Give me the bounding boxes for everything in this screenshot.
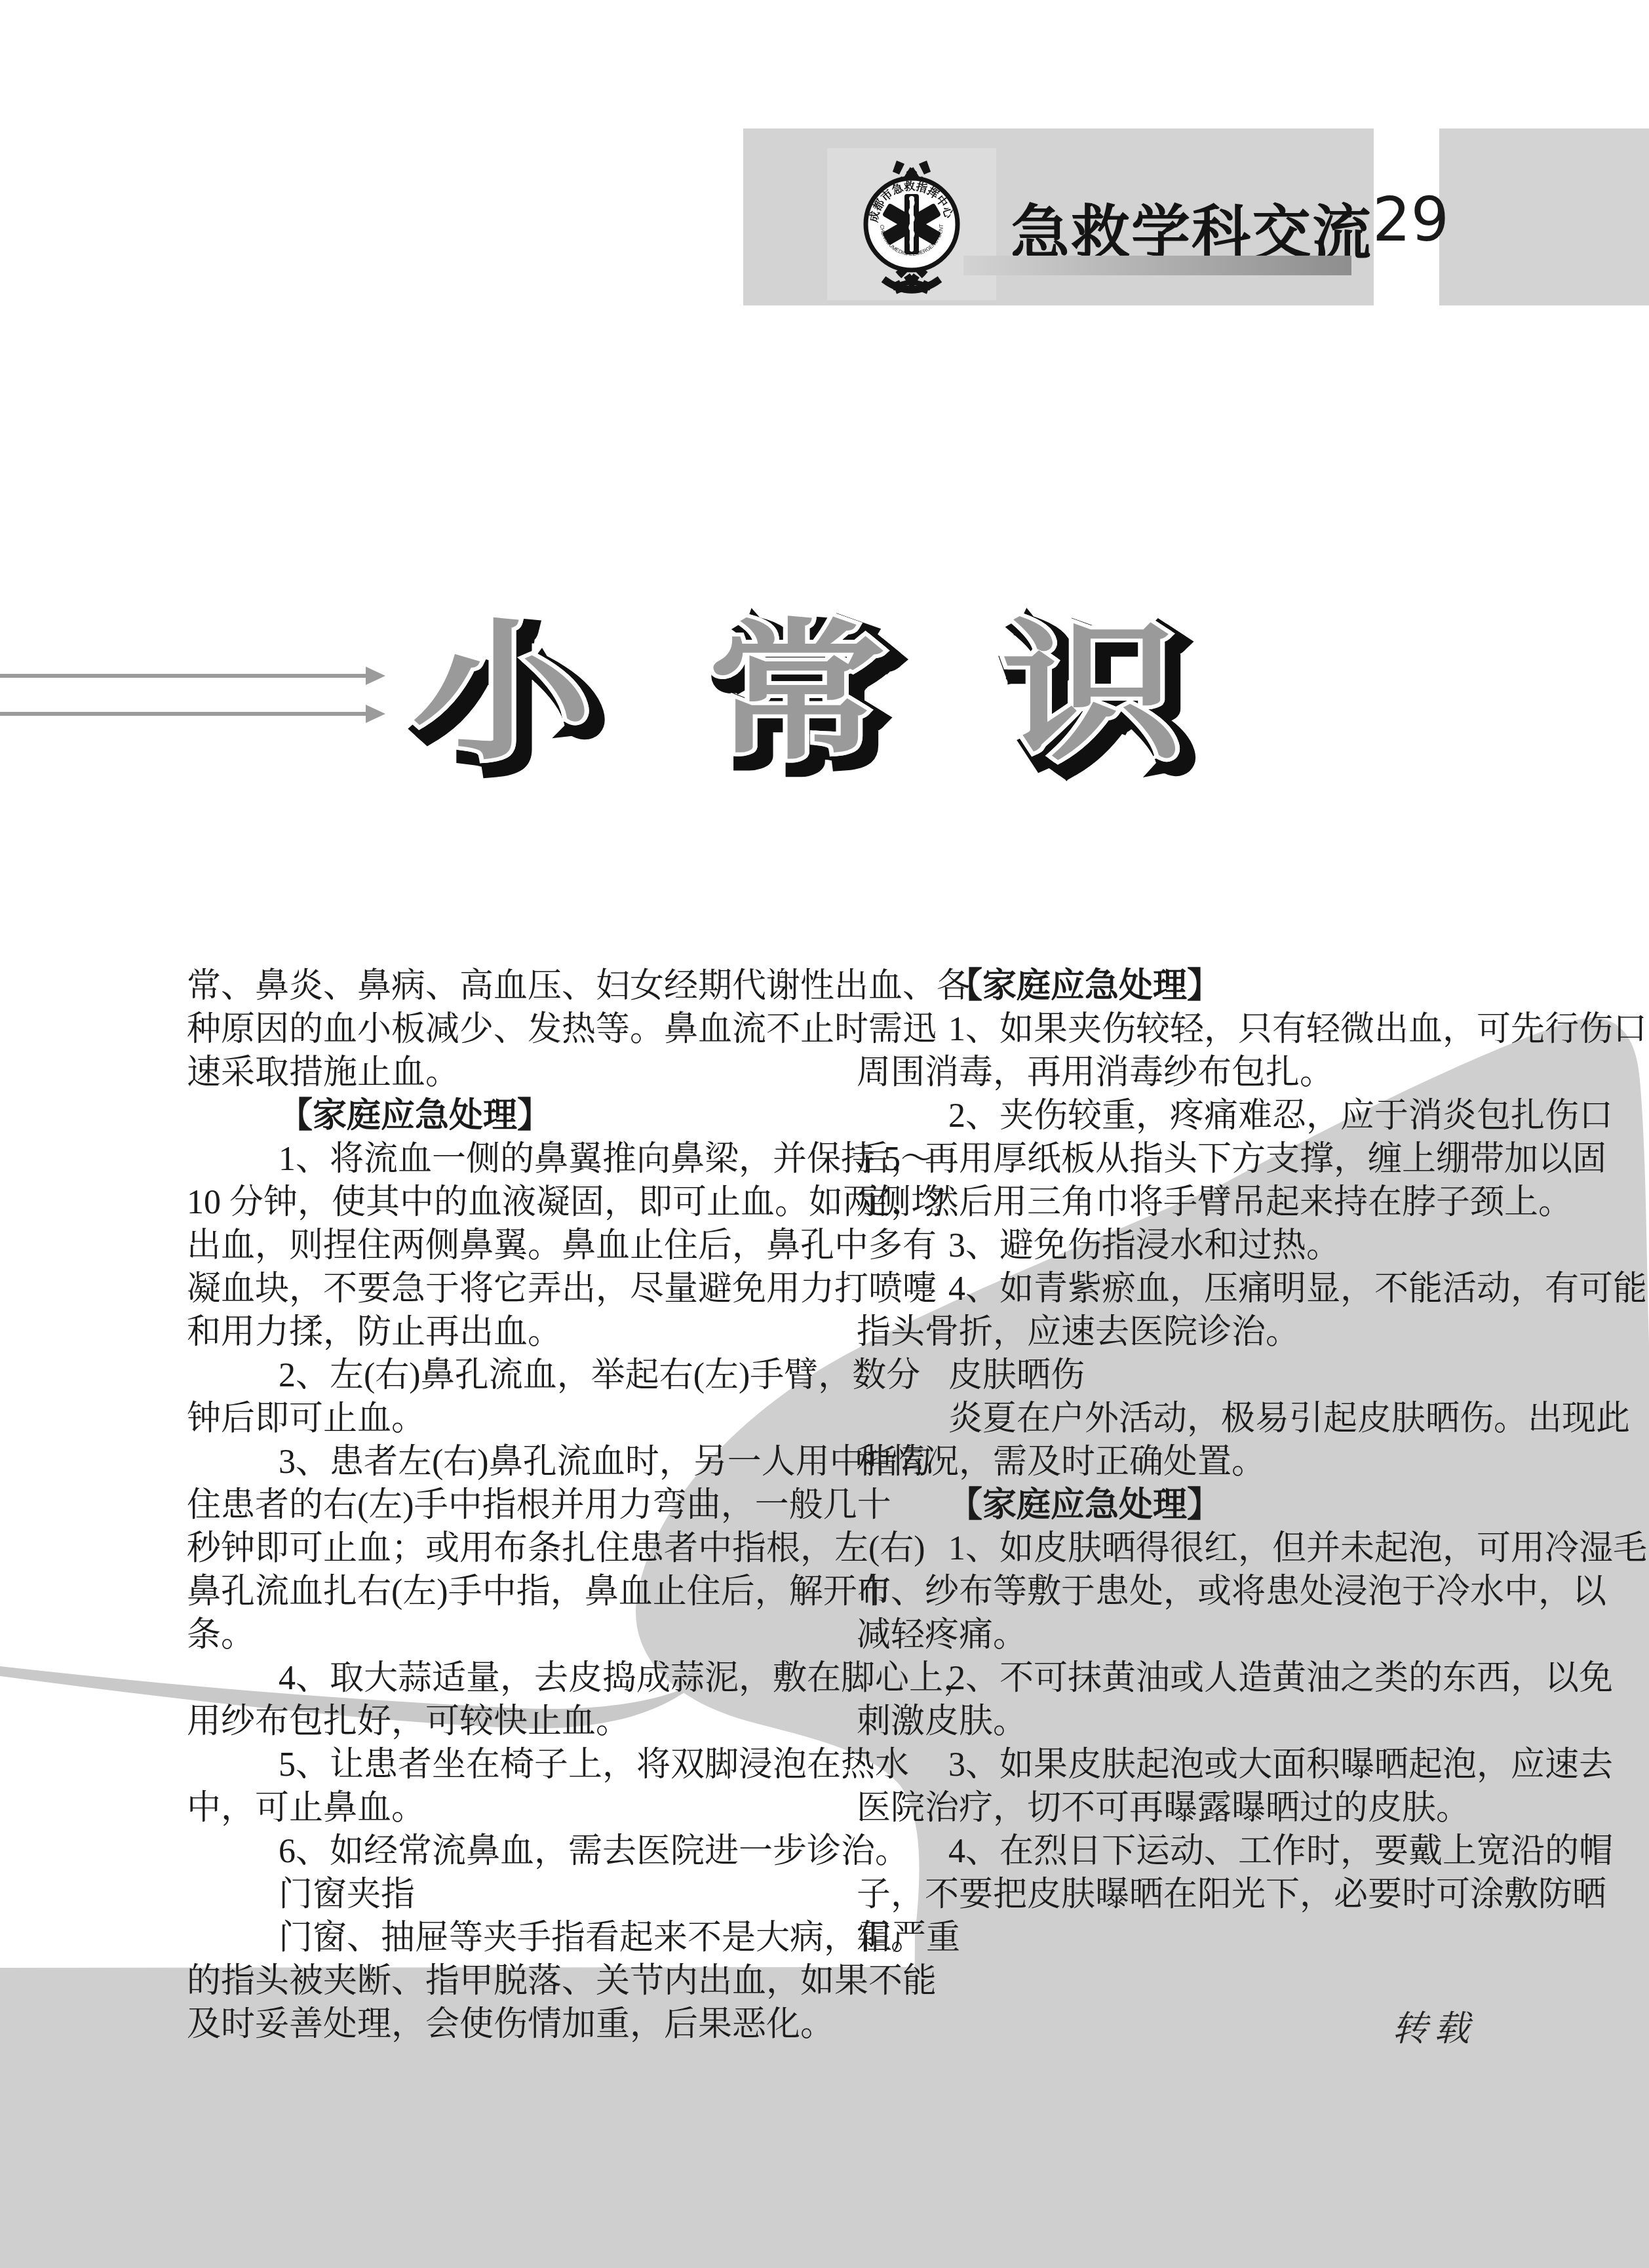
text-line: 种原因的血小板减少、发热等。鼻血流不止时需迅 (187, 1008, 785, 1051)
text-line: 6、如经常流鼻血，需去医院进一步诊治。 (187, 1830, 785, 1873)
title-underline-gradient (963, 256, 1351, 275)
text-line: 指头骨折，应速去医院诊治。 (857, 1311, 1454, 1354)
text-line: 巾、纱布等敷于患处，或将患处浸泡于冷水中，以 (857, 1571, 1454, 1614)
arrow-line-icon (0, 674, 366, 678)
text-line: 及时妥善处理，会使伤情加重，后果恶化。 (187, 2003, 785, 2046)
text-line: 医院治疗，切不可再曝露曝晒过的皮肤。 (857, 1787, 1454, 1830)
article-left-column: 常、鼻炎、鼻病、高血压、妇女经期代谢性出血、各种原因的血小板减少、发热等。鼻血流… (187, 965, 785, 2046)
text-line: 后，再用厚纸板从指头下方支撑，缠上绷带加以固 (857, 1138, 1454, 1181)
article-right-column: 【家庭应急处理】1、如果夹伤较轻，只有轻微出血，可先行伤口周围消毒，再用消毒纱布… (857, 965, 1454, 1960)
text-line: 子，不要把皮肤曝晒在阳光下，必要时可涂敷防晒 (857, 1873, 1454, 1917)
emergency-center-emblem-icon: 成都市急救指挥中心 CHENGDUMEDICALEMERGENCYCENTER (827, 148, 996, 300)
text-line: 减轻疼痛。 (857, 1614, 1454, 1657)
arrow-line-icon (0, 712, 366, 716)
page-number: 29 (1372, 185, 1441, 255)
reprint-note: 转载 (1392, 2001, 1476, 2051)
text-line: 3、避免伤指浸水和过热。 (857, 1224, 1454, 1268)
emergency-center-logo: 成都市急救指挥中心 CHENGDUMEDICALEMERGENCYCENTER (827, 148, 996, 300)
text-line: 秒钟即可止血；或用布条扎住患者中指根，左(右) (187, 1527, 785, 1571)
text-line: 定，然后用三角巾将手臂吊起来持在脖子颈上。 (857, 1181, 1454, 1224)
text-line: 1、将流血一侧的鼻翼推向鼻梁，并保持 5～ (187, 1138, 785, 1181)
text-line: 【家庭应急处理】 (857, 965, 1454, 1008)
text-line: 皮肤晒伤 (857, 1354, 1454, 1398)
text-line: 4、取大蒜适量，去皮捣成蒜泥，敷在脚心上， (187, 1657, 785, 1700)
text-line: 2、夹伤较重，疼痛难忍，应于消炎包扎伤口 (857, 1095, 1454, 1138)
text-line: 2、不可抹黄油或人造黄油之类的东西，以免 (857, 1657, 1454, 1700)
text-line: 出血，则捏住两侧鼻翼。鼻血止住后，鼻孔中多有 (187, 1224, 785, 1268)
text-line: 5、让患者坐在椅子上，将双脚浸泡在热水 (187, 1744, 785, 1787)
text-line: 和用力揉，防止再出血。 (187, 1311, 785, 1354)
text-line: 刺激皮肤。 (857, 1700, 1454, 1744)
header-band-right (1439, 128, 1649, 305)
text-line: 4、如青紫瘀血，压痛明显，不能活动，有可能 (857, 1268, 1454, 1311)
text-line: 1、如果夹伤较轻，只有轻微出血，可先行伤口 (857, 1008, 1454, 1051)
text-line: 种情况，需及时正确处置。 (857, 1441, 1454, 1484)
text-line: 凝血块，不要急于将它弄出，尽量避免用力打喷嚏 (187, 1268, 785, 1311)
text-line: 条。 (187, 1614, 785, 1657)
text-line: 钟后即可止血。 (187, 1398, 785, 1441)
text-line: 中，可止鼻血。 (187, 1787, 785, 1830)
text-line: 的指头被夹断、指甲脱落、关节内出血，如果不能 (187, 1960, 785, 2003)
text-line: 炎夏在户外活动，极易引起皮肤晒伤。出现此 (857, 1398, 1454, 1441)
text-line: 用纱布包扎好，可较快止血。 (187, 1700, 785, 1744)
text-line: 3、如果皮肤起泡或大面积曝晒起泡，应速去 (857, 1744, 1454, 1787)
text-line: 2、左(右)鼻孔流血，举起右(左)手臂，数分 (187, 1354, 785, 1398)
text-line: 【家庭应急处理】 (187, 1095, 785, 1138)
text-line: 3、患者左(右)鼻孔流血时，另一人用中指勾 (187, 1441, 785, 1484)
banner-fill-layer: 小常识 (412, 602, 1296, 783)
text-line: 住患者的右(左)手中指根并用力弯曲，一般几十 (187, 1484, 785, 1527)
text-line: 鼻孔流血扎右(左)手中指，鼻血止住后，解开布 (187, 1571, 785, 1614)
text-line: 4、在烈日下运动、工作时，要戴上宽沿的帽 (857, 1830, 1454, 1873)
text-line: 门窗、抽屉等夹手指看起来不是大病，但严重 (187, 1917, 785, 1960)
text-line: 门窗夹指 (187, 1873, 785, 1917)
text-line: 10 分钟，使其中的血液凝固，即可止血。如两侧均 (187, 1181, 785, 1224)
text-line: 1、如皮肤晒得很红，但并未起泡，可用冷湿毛 (857, 1527, 1454, 1571)
text-line: 【家庭应急处理】 (857, 1484, 1454, 1527)
text-line: 常、鼻炎、鼻病、高血压、妇女经期代谢性出血、各 (187, 965, 785, 1008)
text-line: 霜。 (857, 1917, 1454, 1960)
text-line: 周围消毒，再用消毒纱布包扎。 (857, 1051, 1454, 1095)
text-line: 速采取措施止血。 (187, 1051, 785, 1095)
